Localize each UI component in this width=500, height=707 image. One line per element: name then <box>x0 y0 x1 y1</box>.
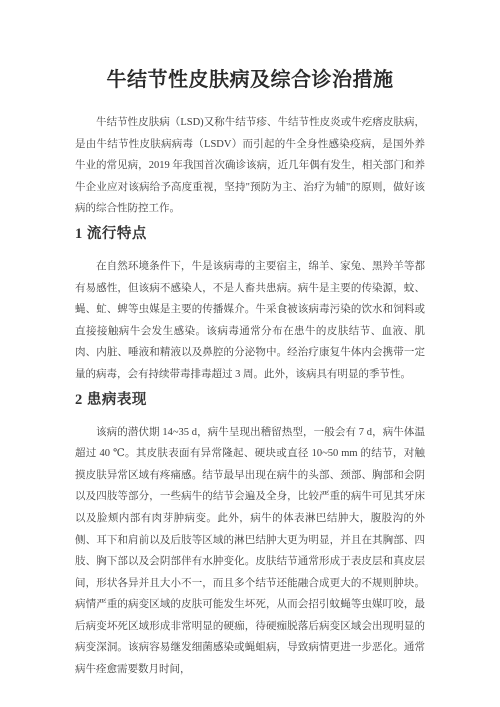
section-2-heading: 2 患病表现 <box>75 391 425 409</box>
document-page: 牛结节性皮肤病及综合诊治措施 牛结节性皮肤病（LSD)又称牛结节疹、牛结节性皮炎… <box>0 0 500 707</box>
section-disease-signs: 2 患病表现 该病的潜伏期 14~35 d，病牛呈现出稽留热型，一般会有 7 d… <box>75 391 425 681</box>
intro-paragraph: 牛结节性皮肤病（LSD)又称牛结节疹、牛结节性皮炎或牛疙瘩皮肤病，是由牛结节性皮… <box>75 112 425 220</box>
section-2-paragraph: 该病的潜伏期 14~35 d，病牛呈现出稽留热型，一般会有 7 d，病牛体温超过… <box>75 422 425 681</box>
section-1-heading: 1 流行特点 <box>75 225 425 243</box>
section-1-paragraph: 在自然环境条件下，牛是该病毒的主要宿主，绵羊、家兔、黑羚羊等都有易感性，但该病不… <box>75 256 425 386</box>
document-title: 牛结节性皮肤病及综合诊治措施 <box>75 66 425 94</box>
section-epidemic-features: 1 流行特点 在自然环境条件下，牛是该病毒的主要宿主，绵羊、家兔、黑羚羊等都有易… <box>75 225 425 386</box>
